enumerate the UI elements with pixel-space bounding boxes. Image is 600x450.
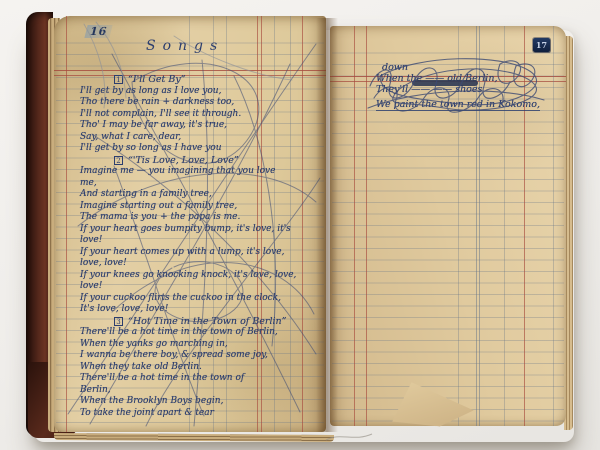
song-title: “'Tis Love, Love, Love” bbox=[128, 155, 239, 166]
lyric-line: There'll be a hot time in the town of Be… bbox=[80, 327, 322, 339]
lyric-line: If your heart goes bumpity bump, it's lo… bbox=[80, 224, 322, 236]
column-line bbox=[553, 26, 554, 426]
lyric-line: Imagine starting out a family tree, bbox=[80, 201, 322, 213]
lyric-line-crossed-out: They'll —— —— shoes bbox=[376, 84, 540, 95]
lyrics-text-block: 1 “I'll Get By” I'll get by as long as I… bbox=[80, 74, 322, 419]
lyric-line: Say, what I care, dear, bbox=[80, 132, 322, 144]
margin-line bbox=[66, 16, 67, 432]
song-number-box: 1 bbox=[114, 75, 123, 84]
lyric-line: And starting in a family tree, bbox=[80, 189, 322, 201]
lyric-line: me, bbox=[80, 178, 322, 190]
underlined-lyric: We paint the town red in Kokomo, bbox=[376, 99, 540, 111]
page-title-songs: Songs bbox=[146, 38, 224, 54]
lyric-line: love, love! bbox=[80, 258, 322, 270]
lyric-line: When they take old Berlin. bbox=[80, 362, 322, 374]
song2-lines: Imagine me — you imagining that you love… bbox=[80, 166, 322, 316]
song-title: “I'll Get By” bbox=[128, 74, 186, 85]
lyric-line: If your knees go knocking knock, it's lo… bbox=[80, 270, 322, 282]
scribbled-draft-block: down When the —— old Berlin, They'll —— … bbox=[376, 62, 540, 111]
lyric-line: Tho there be rain + darkness too, bbox=[80, 97, 322, 109]
lyric-line: Imagine me — you imagining that you love bbox=[80, 166, 322, 178]
notebook: 16 Songs 1 “I'll Get By” I'll get by as … bbox=[24, 10, 576, 440]
song-heading: 3 “Hot Time in the Town of Berlin” bbox=[114, 316, 322, 328]
lyric-line: If your heart comes up with a lump, it's… bbox=[80, 247, 322, 259]
lyric-line-crossed-out: When the —— old Berlin, bbox=[376, 73, 540, 84]
lyric-line: down bbox=[382, 62, 540, 73]
lyric-line: The mama is you + the papa is me. bbox=[80, 212, 322, 224]
lyric-line: I'll not complain, I'll see it through. bbox=[80, 109, 322, 121]
photo-of-notebook: 16 Songs 1 “I'll Get By” I'll get by as … bbox=[0, 0, 600, 450]
lyric-line: When the yanks go marching in, bbox=[80, 339, 322, 351]
page-number-17: 17 bbox=[533, 38, 550, 52]
lyric-line: Tho' I may be far away, it's true, bbox=[80, 120, 322, 132]
lyric-line: If your cuckoo flirts the cuckoo in the … bbox=[80, 293, 322, 305]
song-title: “Hot Time in the Town of Berlin” bbox=[128, 316, 287, 327]
song3-lines: There'll be a hot time in the town of Be… bbox=[80, 327, 322, 419]
lyric-line: Berlin, bbox=[80, 385, 322, 397]
page-number-16: 16 bbox=[84, 25, 113, 38]
lyric-line: When the Brooklyn Boys begin, bbox=[80, 396, 322, 408]
lyric-line: I wanna be there boy, & spread some joy, bbox=[80, 350, 322, 362]
margin-line bbox=[366, 26, 367, 426]
song-heading: 1 “I'll Get By” bbox=[114, 74, 322, 86]
song1-lines: I'll get by as long as I love you,Tho th… bbox=[80, 86, 322, 155]
song-number-box: 3 bbox=[114, 317, 123, 326]
left-page: 16 Songs 1 “I'll Get By” I'll get by as … bbox=[54, 16, 326, 432]
lyric-line: love! bbox=[80, 235, 322, 247]
right-page: 17 down When the —— old Berlin, They'll … bbox=[330, 26, 566, 426]
lyric-line: There'll be a hot time in the town of bbox=[80, 373, 322, 385]
lyric-line: To take the joint apart & tear bbox=[80, 408, 322, 420]
lyric-line: love! bbox=[80, 281, 322, 293]
lyric-line: I'll get by so long as I have you bbox=[80, 143, 322, 155]
margin-line bbox=[354, 26, 355, 426]
lyric-line: I'll get by as long as I love you, bbox=[80, 86, 322, 98]
lyric-line: We paint the town red in Kokomo, bbox=[376, 99, 540, 111]
song-number-box: 2 bbox=[114, 156, 123, 165]
lyric-line: It's love, love, love! bbox=[80, 304, 322, 316]
song-heading: 2 “'Tis Love, Love, Love” bbox=[114, 155, 322, 167]
